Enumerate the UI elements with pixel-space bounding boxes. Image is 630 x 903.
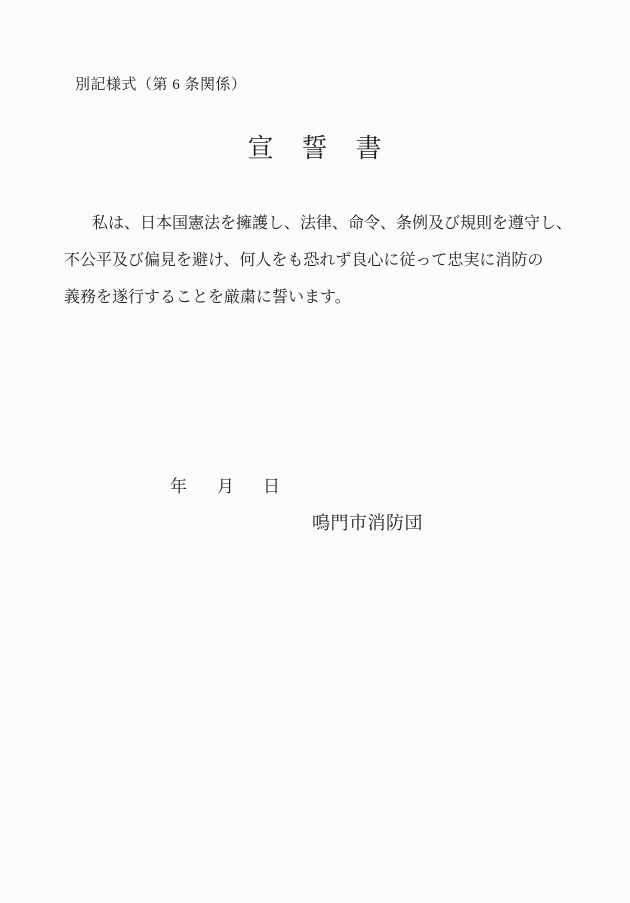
signature-organization: 鳴門市消防団 <box>312 511 423 535</box>
oath-document-page: 別記様式（第 6 条関係） 宣 誓 書 私は、日本国憲法を擁護し、法律、命令、条… <box>0 0 630 903</box>
page-title: 宣 誓 書 <box>0 132 630 166</box>
day-label: 日 <box>263 477 280 496</box>
oath-line-2: 不公平及び偏見を避け、何人をも恐れず良心に従って忠実に消防の <box>64 242 564 279</box>
form-note: 別記様式（第 6 条関係） <box>75 76 247 95</box>
date-line: 年月日 <box>170 476 280 498</box>
month-label: 月 <box>217 477 234 496</box>
year-label: 年 <box>170 477 187 496</box>
oath-line-3: 義務を遂行することを厳粛に誓います。 <box>64 279 564 316</box>
oath-paragraph: 私は、日本国憲法を擁護し、法律、命令、条例及び規則を遵守し、 不公平及び偏見を避… <box>64 205 564 316</box>
oath-line-1: 私は、日本国憲法を擁護し、法律、命令、条例及び規則を遵守し、 <box>64 205 564 242</box>
